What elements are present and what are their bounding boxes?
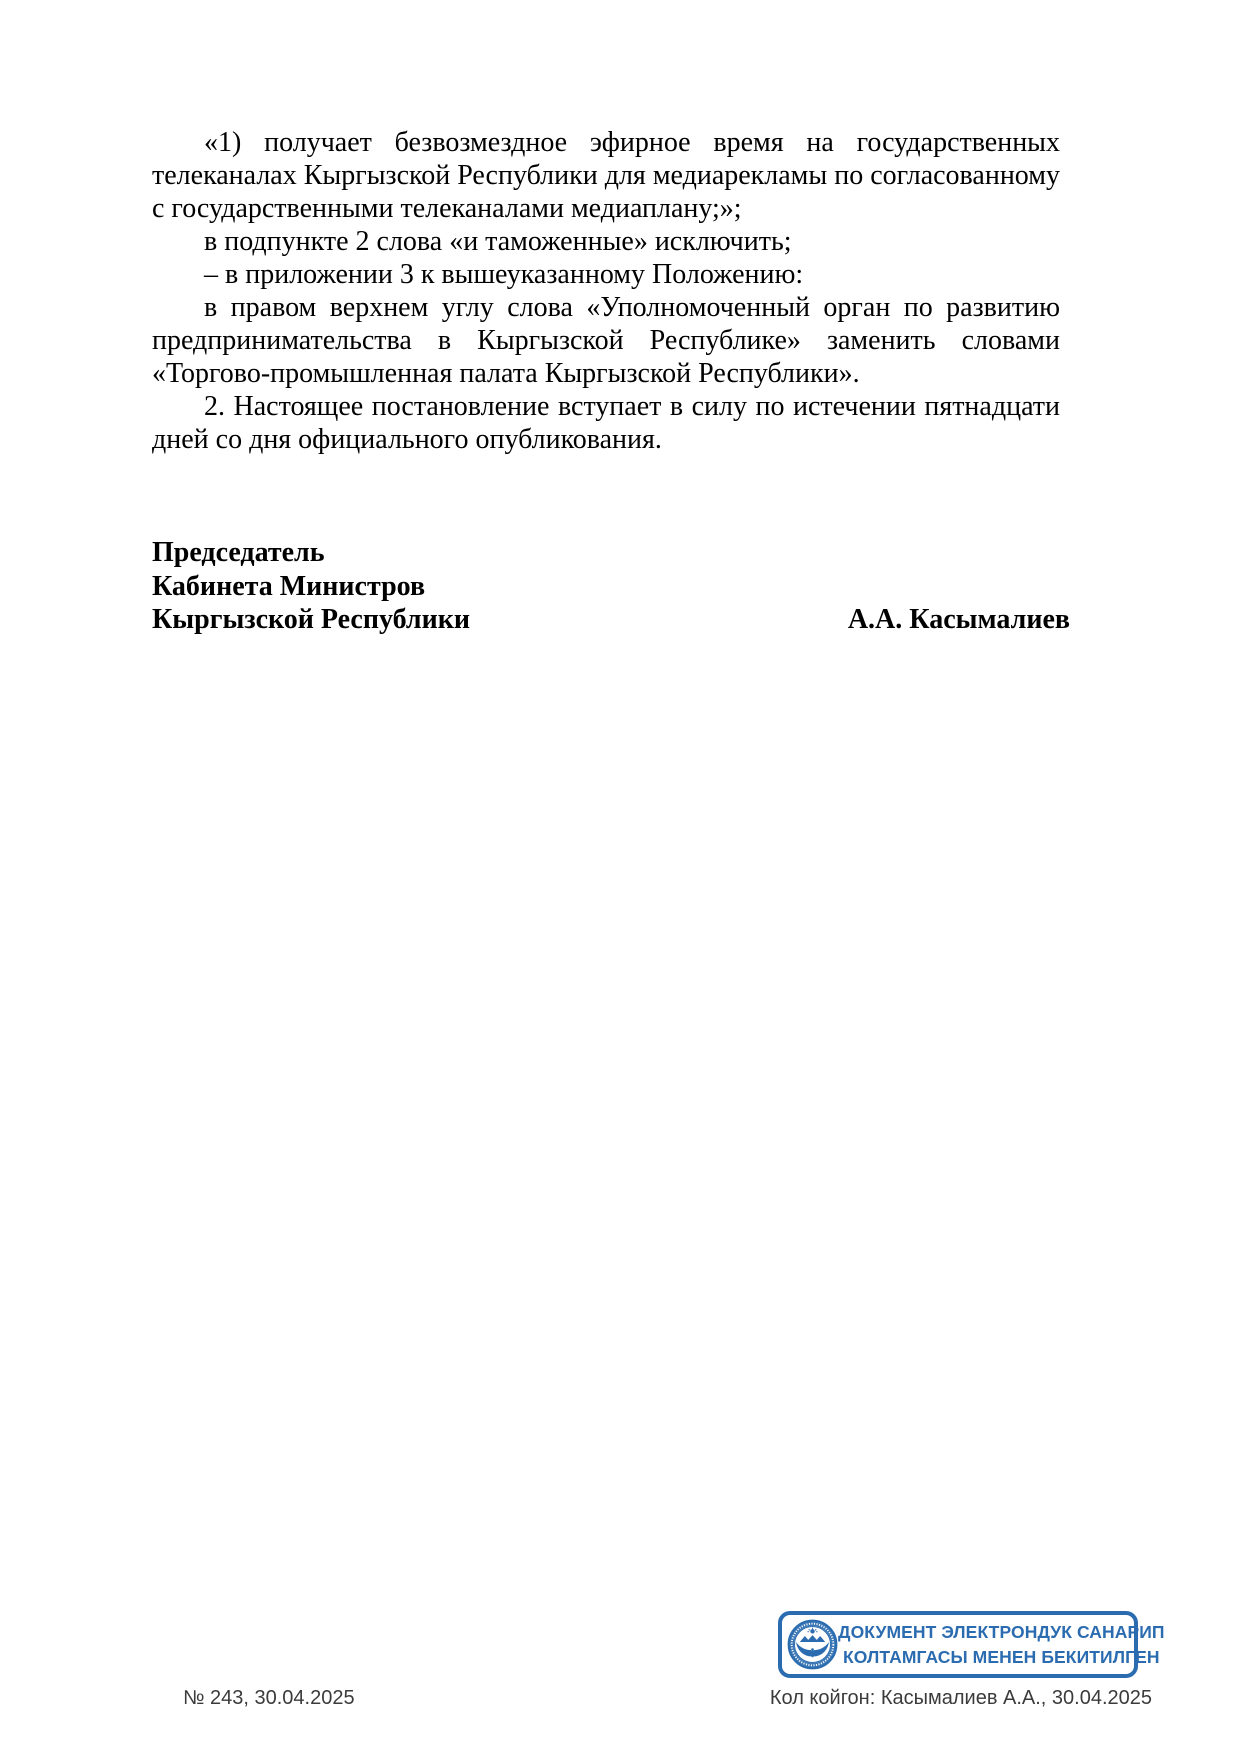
- signatory-name: А.А. Касымалиев: [848, 603, 1070, 637]
- document-number-date: № 243, 30.04.2025: [183, 1687, 355, 1710]
- stamp-text-line-2: КОЛТАМГАСЫ МЕНЕН БЕКИТИЛГЕН: [838, 1645, 1165, 1670]
- paragraph-amendment-2: в подпункте 2 слова «и таможенные» исклю…: [152, 225, 1060, 258]
- stamp-text: ДОКУМЕНТ ЭЛЕКТРОНДУК САНАРИП КОЛТАМГАСЫ …: [838, 1620, 1165, 1670]
- signatory-title-line-2: Кабинета Министров: [152, 570, 1070, 604]
- signature-block: Председатель Кабинета Министров Кыргызск…: [152, 536, 1070, 637]
- signatory-title-line-1: Председатель: [152, 536, 1070, 570]
- paragraph-amendment-1: «1) получает безвозмездное эфирное время…: [152, 126, 1060, 225]
- digital-signature-stamp: ДОКУМЕНТ ЭЛЕКТРОНДУК САНАРИП КОЛТАМГАСЫ …: [778, 1611, 1138, 1678]
- document-page: «1) получает безвозмездное эфирное время…: [0, 0, 1241, 1754]
- signed-by-note: Кол койгон: Касымалиев А.А., 30.04.2025: [770, 1687, 1152, 1710]
- signature-row: Кыргызской Республики А.А. Касымалиев: [152, 603, 1070, 637]
- document-body: «1) получает безвозмездное эфирное время…: [152, 126, 1060, 456]
- signatory-title-line-3: Кыргызской Республики: [152, 603, 470, 637]
- paragraph-amendment-3: – в приложении 3 к вышеуказанному Положе…: [152, 258, 1060, 291]
- stamp-text-line-1: ДОКУМЕНТ ЭЛЕКТРОНДУК САНАРИП: [838, 1620, 1165, 1645]
- kyrgyz-state-emblem-icon: [787, 1619, 838, 1670]
- paragraph-entry-into-force: 2. Настоящее постановление вступает в си…: [152, 390, 1060, 456]
- paragraph-amendment-4: в правом верхнем углу слова «Уполномочен…: [152, 291, 1060, 390]
